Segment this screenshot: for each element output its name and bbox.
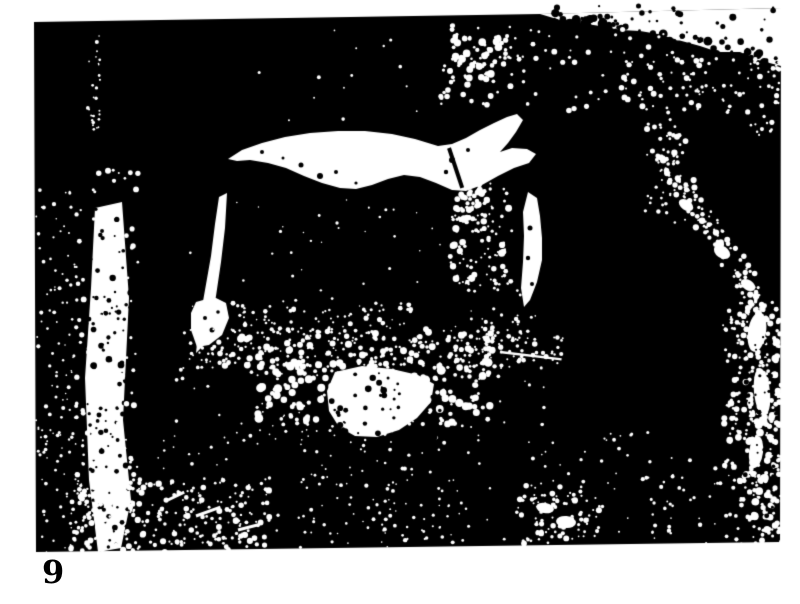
photo-frame	[0, 0, 800, 604]
dolmen-photo	[0, 0, 800, 604]
book-page: 9	[0, 0, 800, 604]
figure-number-label: 9	[42, 556, 64, 588]
